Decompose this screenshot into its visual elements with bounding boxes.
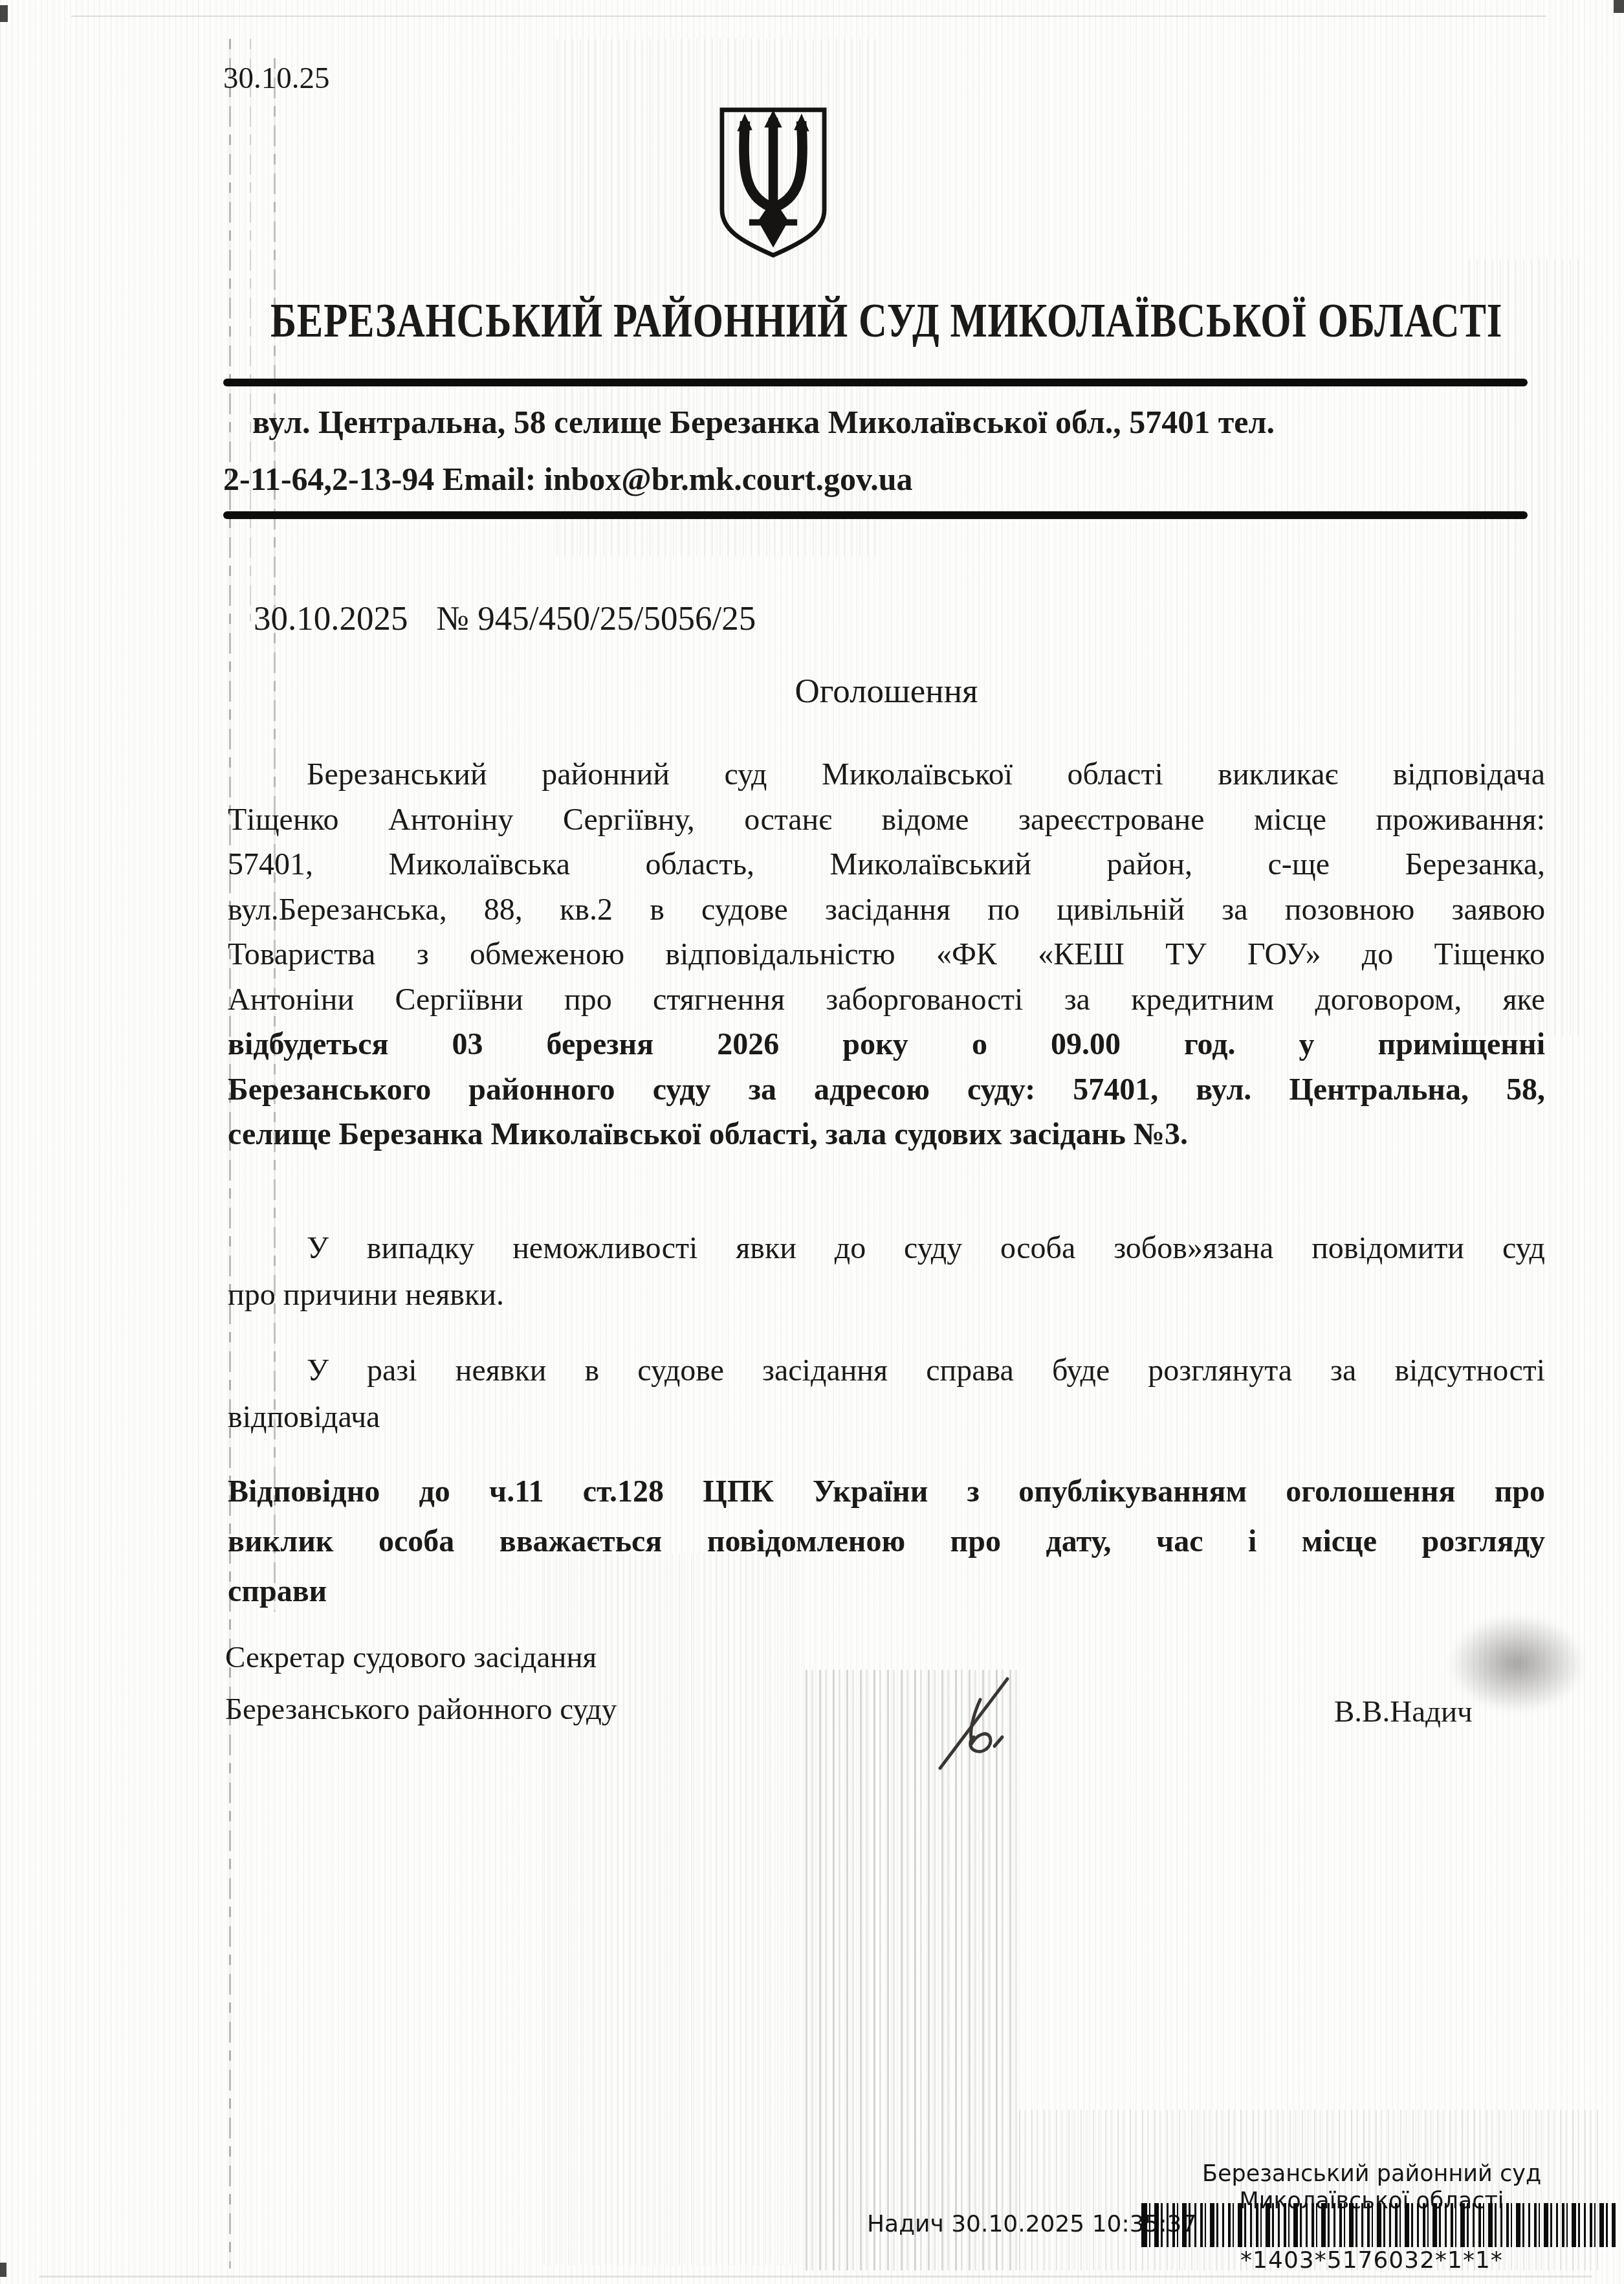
- paragraph-line: вул.Березанська, 88, кв.2 в судове засід…: [228, 887, 1545, 933]
- handwritten-signature: [935, 1670, 1026, 1773]
- paragraph-in-absentia: У разі неявки в судове засідання справа …: [228, 1347, 1545, 1441]
- document-date: 30.10.2025: [254, 600, 408, 638]
- court-name-heading: БЕРЕЗАНСЬКИЙ РАЙОННИЙ СУД МИКОЛАЇВСЬКОЇ …: [228, 289, 1545, 353]
- reference-line: 30.10.2025№ 945/450/25/5056/25: [254, 593, 756, 645]
- handwritten-corner-date: 30.10.25: [223, 61, 330, 96]
- court-address-line1: вул. Центральна, 58 селище Березанка Мик…: [252, 394, 1275, 450]
- paragraph-line: відповідача: [228, 1394, 1545, 1441]
- paragraph-line: 57401, Миколаївська область, Миколаївськ…: [228, 842, 1545, 887]
- scan-corner-mark: [1614, 0, 1624, 13]
- paragraph-line: Тіщенко Антоніну Сергіївну, останє відом…: [228, 797, 1545, 843]
- court-address-line2: 2-11-64,2-13-94 Email: inbox@br.mk.court…: [223, 450, 913, 507]
- scan-corner-mark: [0, 5, 8, 22]
- document-title: Оголошення: [228, 665, 1545, 717]
- barcode-number: *1403*5176032*1*1*: [1171, 2247, 1572, 2274]
- paragraph-line: виклик особа вважається повідомленою про…: [228, 1516, 1545, 1566]
- stamp-court-line1: Березанський районний суд: [1171, 2160, 1572, 2188]
- paragraph-line-hearing-date: відбудеться 03 березня 2026 року о 09.00…: [228, 1022, 1545, 1067]
- barcode: [1141, 2203, 1616, 2247]
- paragraph-line: У разі неявки в судове засідання справа …: [228, 1347, 1545, 1394]
- paragraph-line: У випадку неможливості явки до суду особ…: [228, 1225, 1545, 1272]
- paragraph-line: Товариства з обмеженою відповідальністю …: [228, 932, 1545, 977]
- paragraph-line: Антоніни Сергіївни про стягнення заборго…: [228, 977, 1545, 1023]
- paragraph-absence-notice: У випадку неможливості явки до суду особ…: [228, 1225, 1545, 1318]
- paragraph-line: Березанський районний суд Миколаївської …: [228, 752, 1545, 797]
- scan-edge-line: [71, 16, 1546, 17]
- letterhead-rule-bottom: [223, 511, 1528, 519]
- signatory-role-line1: Секретар судового засідання: [225, 1640, 597, 1675]
- stamp-operator-datetime: Надич 30.10.2025 10:35:37: [867, 2211, 1139, 2237]
- paragraph-line-hearing-room: селище Березанка Миколаївської області, …: [228, 1112, 1545, 1157]
- paragraph-line-hearing-address: Березанського районного суду за адресою …: [228, 1067, 1545, 1113]
- case-number: № 945/450/25/5056/25: [437, 600, 756, 638]
- paragraph-summons: Березанський районний суд Миколаївської …: [228, 752, 1545, 1157]
- paragraph-line: справи: [228, 1566, 1545, 1616]
- paragraph-legal-basis: Відповідно до ч.11 ст.128 ЦПК України з …: [228, 1467, 1545, 1616]
- paragraph-line: Відповідно до ч.11 ст.128 ЦПК України з …: [228, 1467, 1545, 1516]
- signatory-role-line2: Березанського районного суду: [225, 1692, 617, 1727]
- letterhead-rule-top: [223, 379, 1528, 386]
- coat-of-arms-icon: [713, 104, 833, 263]
- scanned-court-document: 30.10.25 БЕРЕЗАНСЬКИЙ РАЙОННИЙ СУД МИКОЛ…: [0, 0, 1624, 2284]
- paragraph-line: про причини неявки.: [228, 1272, 1545, 1318]
- scan-corner-mark: [0, 2263, 6, 2277]
- scan-edge-line: [39, 2276, 1592, 2278]
- signatory-name: В.В.Надич: [1334, 1694, 1473, 1729]
